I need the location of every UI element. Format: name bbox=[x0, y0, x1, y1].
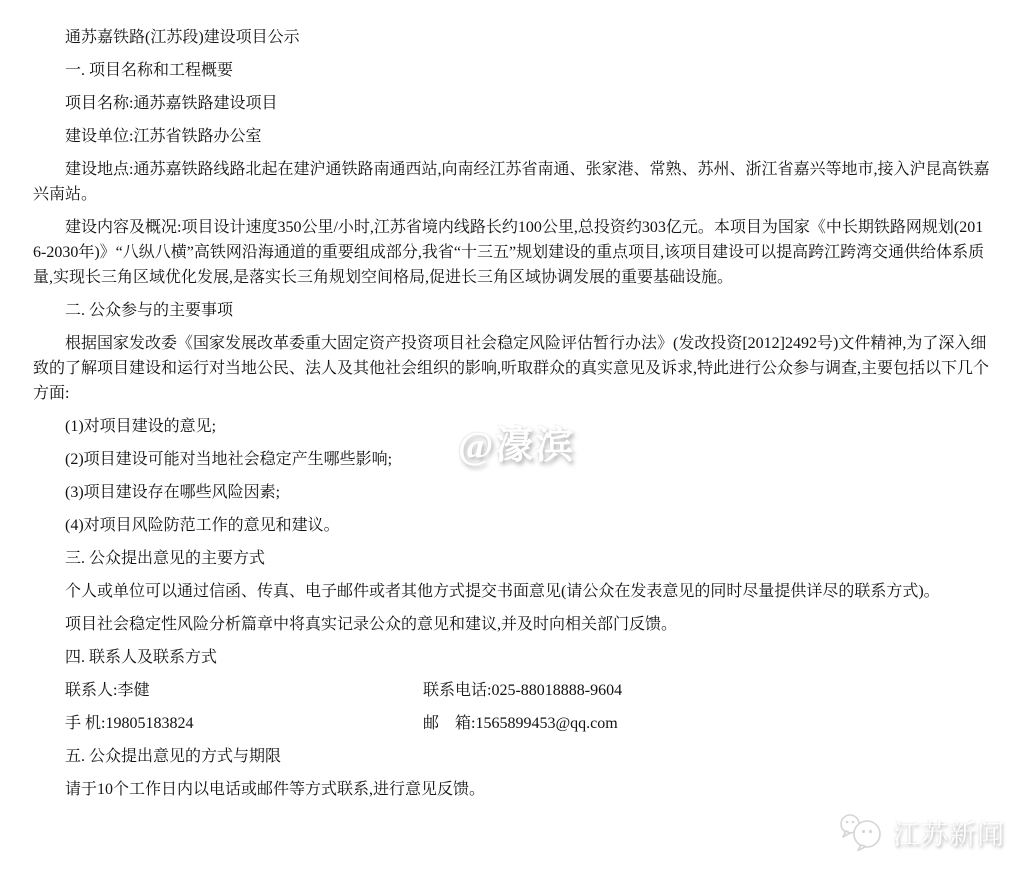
contact-row-2: 手 机:19805183824邮 箱:1565899453@qq.com bbox=[33, 711, 990, 736]
section4-heading: 四. 联系人及联系方式 bbox=[33, 645, 990, 670]
watermark-jiangsu-news: 江苏新闻 bbox=[838, 812, 1005, 852]
section1-heading: 一. 项目名称和工程概要 bbox=[33, 58, 990, 83]
list-item-2: (2)项目建设可能对当地社会稳定产生哪些影响; bbox=[33, 447, 990, 472]
section3-paragraph-1: 个人或单位可以通过信函、传真、电子邮件或者其他方式提交书面意见(请公众在发表意见… bbox=[33, 579, 990, 604]
section3-paragraph-2: 项目社会稳定性风险分析篇章中将真实记录公众的意见和建议,并及时向相关部门反馈。 bbox=[33, 612, 990, 637]
doc-title: 通苏嘉铁路(江苏段)建设项目公示 bbox=[33, 25, 990, 50]
contact-mobile: 手 机:19805183824 bbox=[65, 711, 423, 736]
contact-row-1: 联系人:李健联系电话:025-88018888-9604 bbox=[33, 678, 990, 703]
list-item-4: (4)对项目风险防范工作的意见和建议。 bbox=[33, 513, 990, 538]
chat-bubbles-mascot-icon bbox=[838, 812, 886, 852]
section2-intro-paragraph: 根据国家发改委《国家发展改革委重大固定资产投资项目社会稳定风险评估暂行办法》(发… bbox=[33, 331, 990, 406]
list-item-3: (3)项目建设存在哪些风险因素; bbox=[33, 480, 990, 505]
notice-document: 通苏嘉铁路(江苏段)建设项目公示 一. 项目名称和工程概要 项目名称:通苏嘉铁路… bbox=[33, 25, 990, 810]
jiangsu-news-label: 江苏新闻 bbox=[893, 813, 1005, 852]
contact-email: 邮 箱:1565899453@qq.com bbox=[423, 715, 618, 732]
overview-paragraph: 建设内容及概况:项目设计速度350公里/小时,江苏省境内线路长约100公里,总投… bbox=[33, 215, 990, 290]
list-item-1: (1)对项目建设的意见; bbox=[33, 414, 990, 439]
project-name-line: 项目名称:通苏嘉铁路建设项目 bbox=[33, 91, 990, 116]
section3-heading: 三. 公众提出意见的主要方式 bbox=[33, 546, 990, 571]
section2-heading: 二. 公众参与的主要事项 bbox=[33, 298, 990, 323]
contact-person: 联系人:李健 bbox=[65, 678, 423, 703]
section5-paragraph: 请于10个工作日内以电话或邮件等方式联系,进行意见反馈。 bbox=[33, 777, 990, 802]
builder-line: 建设单位:江苏省铁路办公室 bbox=[33, 124, 990, 149]
location-paragraph: 建设地点:通苏嘉铁路线路北起在建沪通铁路南通西站,向南经江苏省南通、张家港、常熟… bbox=[33, 157, 990, 207]
contact-phone: 联系电话:025-88018888-9604 bbox=[423, 682, 622, 699]
document-page: 通苏嘉铁路(江苏段)建设项目公示 一. 项目名称和工程概要 项目名称:通苏嘉铁路… bbox=[0, 0, 1024, 876]
section5-heading: 五. 公众提出意见的方式与期限 bbox=[33, 744, 990, 769]
